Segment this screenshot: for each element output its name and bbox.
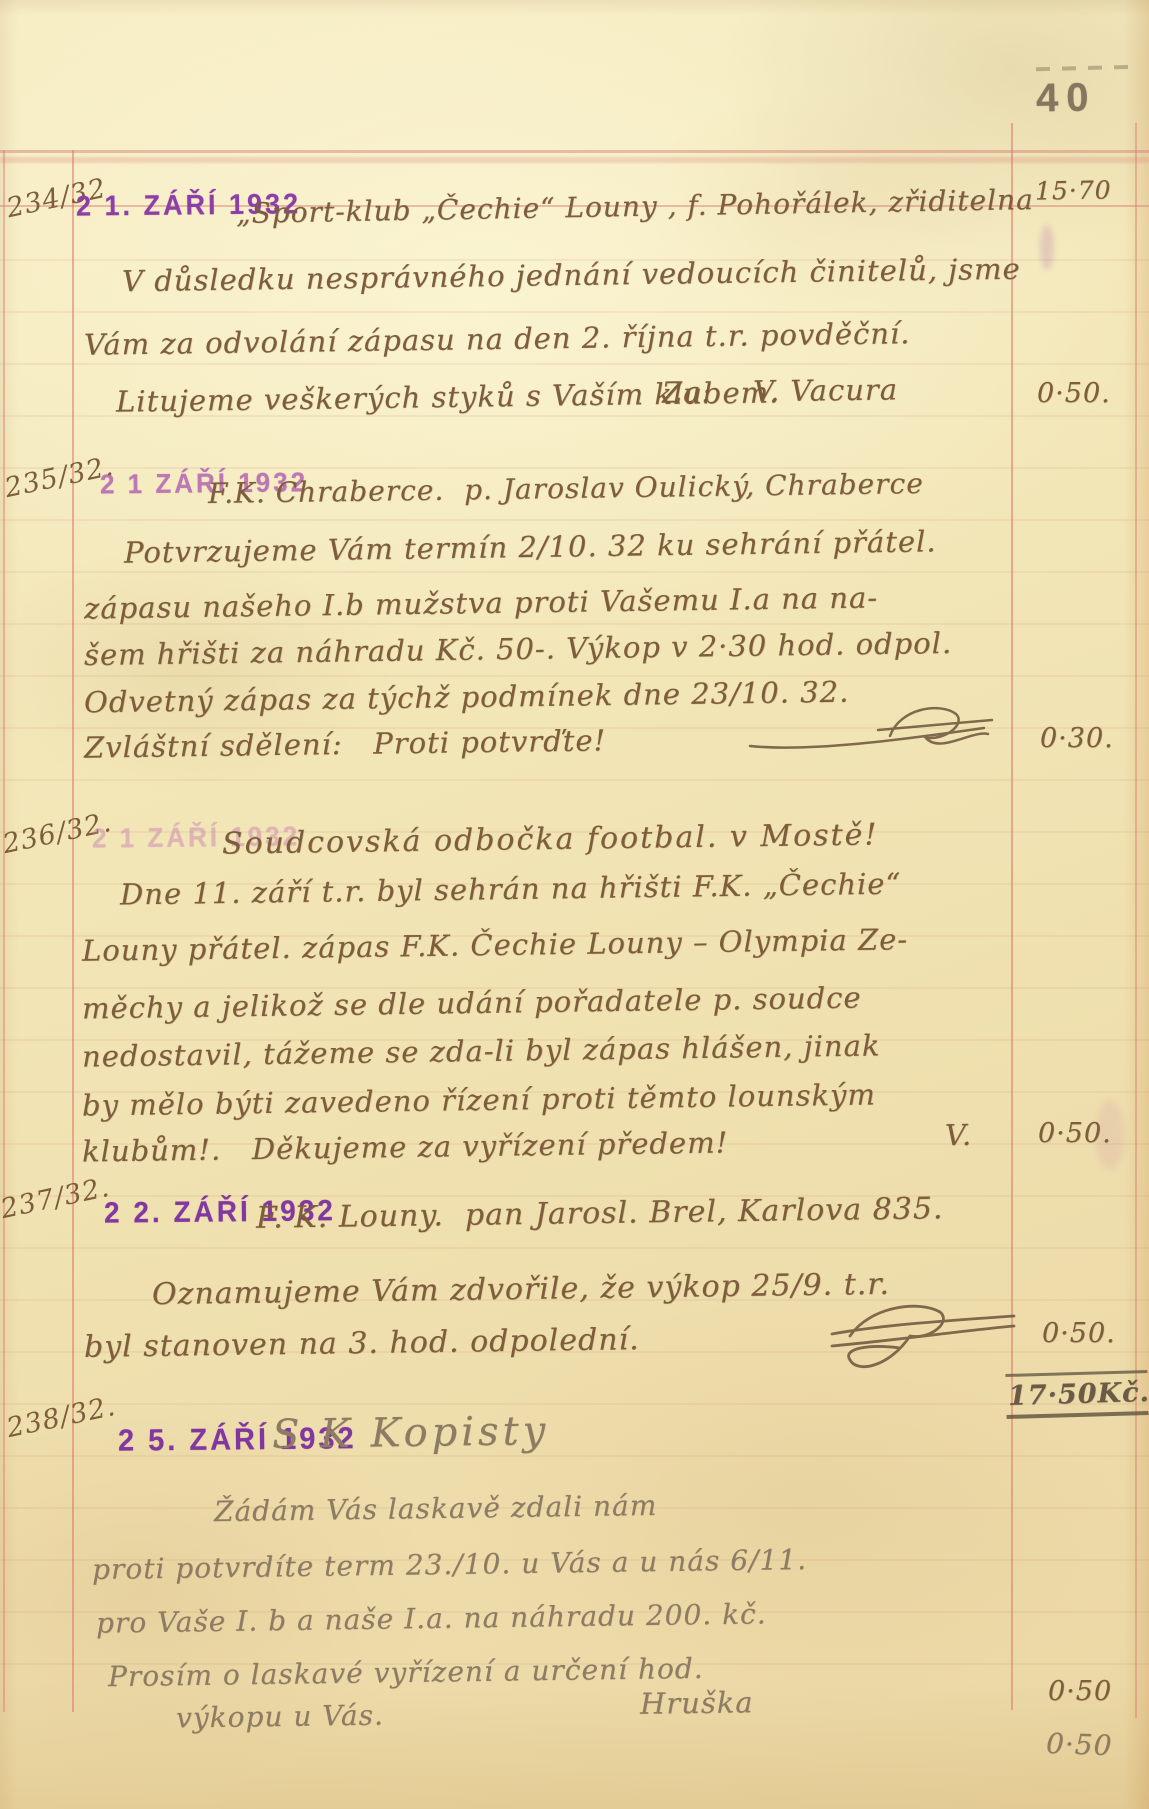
fee-amount: 0·30. — [1040, 723, 1114, 754]
entry-line: výkopu u Vás. — [176, 1699, 384, 1735]
ink-smudge — [1040, 225, 1054, 270]
fee-amount: 0·50. — [1042, 1318, 1116, 1349]
carried-forward-amount: 15·70 — [1035, 175, 1112, 205]
fee-amount: 0·50 — [1048, 1676, 1112, 1707]
entry-line: Zvláštní sdělení: Proti potvrďte! — [84, 723, 607, 764]
pencil-dash-mark — [1036, 65, 1136, 72]
signature: Za: V. Vacura — [662, 372, 898, 409]
header-rule-top-smear — [0, 157, 1149, 163]
fee-amount: 0·50. — [1038, 1118, 1112, 1149]
subtotal-box: 17·50Kč. — [1005, 1370, 1148, 1419]
entry-line: Žádám Vás laskavě zdali nám — [214, 1489, 658, 1528]
page-number-stamp: 40 — [1036, 75, 1097, 121]
trailing-amount: 0·50 — [1045, 1727, 1112, 1762]
ledger-page: 40 15·70 234/32 2 1. ZÁŘÍ 1932 „Sport-kl… — [0, 0, 1149, 1809]
signature: Hruška — [640, 1685, 754, 1721]
right-edge-rule — [1135, 123, 1137, 1718]
header-rule-top — [0, 150, 1149, 153]
left-margin-rule — [72, 150, 74, 1712]
fee-amount: 0·50. — [1037, 378, 1111, 409]
signature: V. — [945, 1118, 973, 1152]
left-edge-rule — [3, 150, 5, 1712]
amount-column-rule — [1011, 123, 1013, 1710]
entry-line: S K Kopisty — [272, 1408, 550, 1458]
